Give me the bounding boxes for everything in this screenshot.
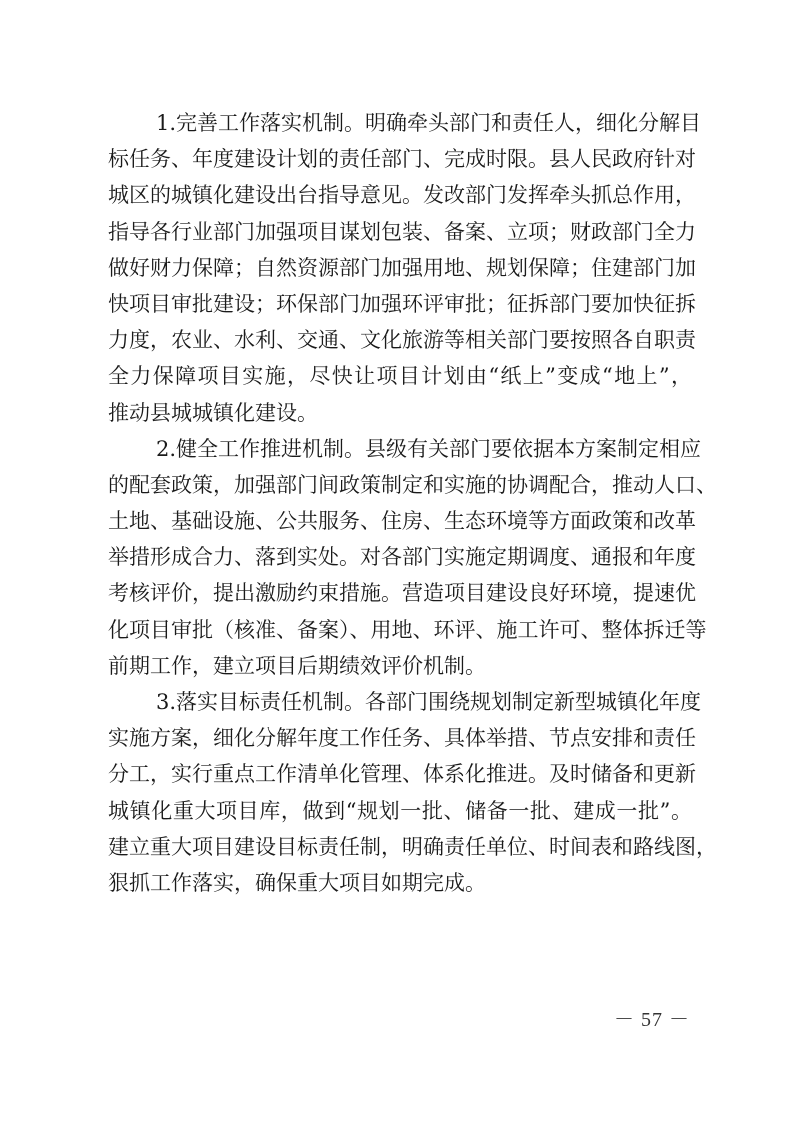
- text-line: 2.健全工作推进机制。县级有关部门要依据本方案制定相应: [108, 431, 692, 467]
- text-line: 实施方案，细化分解年度工作任务、具体举措、节点安排和责任: [108, 720, 692, 756]
- text-line: 前期工作，建立项目后期绩效评价机制。: [108, 648, 692, 684]
- text-line: 分工，实行重点工作清单化管理、体系化推进。及时储备和更新: [108, 756, 692, 792]
- text-line: 1.完善工作落实机制。明确牵头部门和责任人，细化分解目: [108, 105, 692, 141]
- paragraph-2: 2.健全工作推进机制。县级有关部门要依据本方案制定相应 的配套政策，加强部门间政…: [108, 431, 692, 684]
- paragraph-3: 3.落实目标责任机制。各部门围绕规划制定新型城镇化年度 实施方案，细化分解年度工…: [108, 684, 692, 901]
- text-line: 指导各行业部门加强项目谋划包装、备案、立项；财政部门全力: [108, 214, 692, 250]
- document-body: 1.完善工作落实机制。明确牵头部门和责任人，细化分解目 标任务、年度建设计划的责…: [108, 105, 692, 901]
- text-line: 化项目审批（核准、备案）、用地、环评、施工许可、整体拆迁等: [108, 612, 692, 648]
- text-line: 狠抓工作落实，确保重大项目如期完成。: [108, 865, 692, 901]
- text-line: 建立重大项目建设目标责任制，明确责任单位、时间表和路线图，: [108, 829, 692, 865]
- text-line: 做好财力保障；自然资源部门加强用地、规划保障；住建部门加: [108, 250, 692, 286]
- text-line: 推动县城城镇化建设。: [108, 395, 692, 431]
- text-line: 举措形成合力、落到实处。对各部门实施定期调度、通报和年度: [108, 539, 692, 575]
- text-line: 城区的城镇化建设出台指导意见。发改部门发挥牵头抓总作用，: [108, 177, 692, 213]
- text-line: 标任务、年度建设计划的责任部门、完成时限。县人民政府针对: [108, 141, 692, 177]
- text-line: 城镇化重大项目库，做到“规划一批、储备一批、建成一批”。: [108, 793, 692, 829]
- paragraph-1: 1.完善工作落实机制。明确牵头部门和责任人，细化分解目 标任务、年度建设计划的责…: [108, 105, 692, 431]
- text-line: 3.落实目标责任机制。各部门围绕规划制定新型城镇化年度: [108, 684, 692, 720]
- text-line: 力度，农业、水利、交通、文化旅游等相关部门要按照各自职责: [108, 322, 692, 358]
- text-line: 快项目审批建设；环保部门加强环评审批；征拆部门要加快征拆: [108, 286, 692, 322]
- text-line: 土地、基础设施、公共服务、住房、生态环境等方面政策和改革: [108, 503, 692, 539]
- text-line: 考核评价，提出激励约束措施。营造项目建设良好环境，提速优: [108, 575, 692, 611]
- page-number: － 57 －: [614, 1003, 690, 1032]
- text-line: 的配套政策，加强部门间政策制定和实施的协调配合，推动人口、: [108, 467, 692, 503]
- text-line: 全力保障项目实施，尽快让项目计划由“纸上”变成“地上”，: [108, 358, 692, 394]
